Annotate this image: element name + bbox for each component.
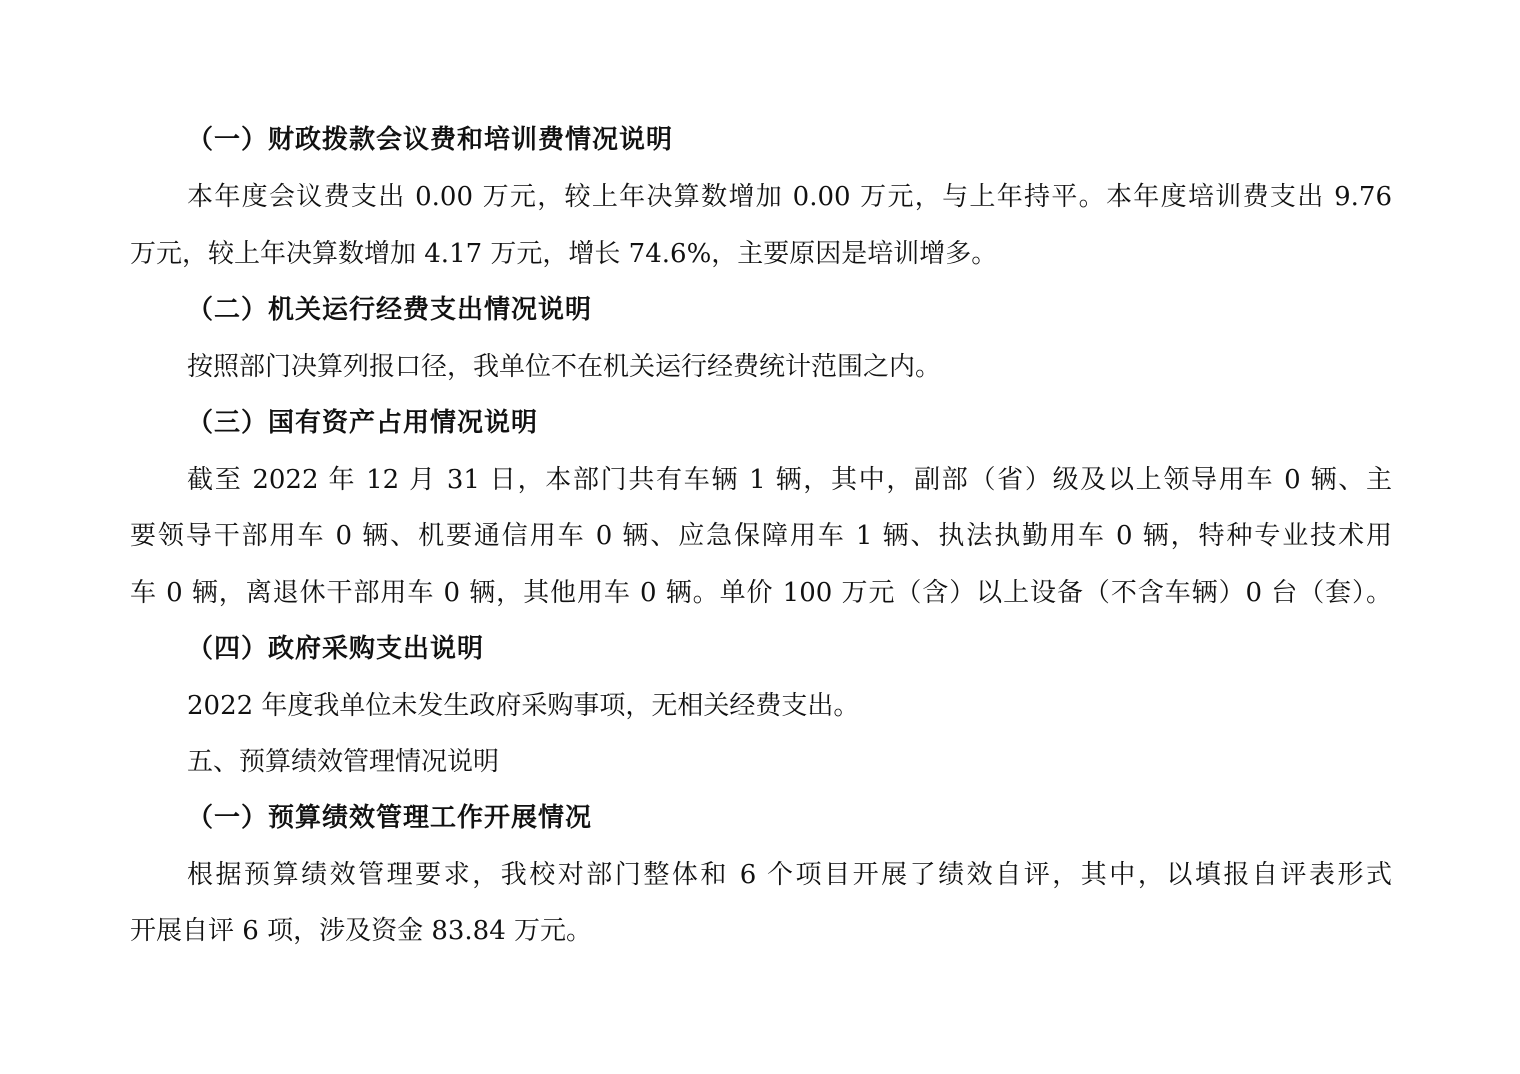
chapter-heading-performance-management: 五、预算绩效管理情况说明 xyxy=(187,742,499,782)
paragraph-line: 2022 年度我单位未发生政府采购事项，无相关经费支出。 xyxy=(187,686,1392,726)
document-page: （一）财政拨款会议费和培训费情况说明 本年度会议费支出 0.00 万元，较上年决… xyxy=(0,0,1520,1074)
paragraph-line: 车 0 辆，离退休干部用车 0 辆，其他用车 0 辆。单价 100 万元（含）以… xyxy=(130,573,1392,613)
paragraph-line: 开展自评 6 项，涉及资金 83.84 万元。 xyxy=(130,911,1392,951)
paragraph-line: 要领导干部用车 0 辆、机要通信用车 0 辆、应急保障用车 1 辆、执法执勤用车… xyxy=(130,516,1392,556)
section-heading-state-assets: （三）国有资产占用情况说明 xyxy=(187,403,538,443)
paragraph-line: 按照部门决算列报口径，我单位不在机关运行经费统计范围之内。 xyxy=(187,347,1392,387)
paragraph-line: 万元，较上年决算数增加 4.17 万元，增长 74.6%，主要原因是培训增多。 xyxy=(130,234,1392,274)
paragraph-line: 本年度会议费支出 0.00 万元，较上年决算数增加 0.00 万元，与上年持平。… xyxy=(187,177,1392,217)
paragraph-line: 根据预算绩效管理要求，我校对部门整体和 6 个项目开展了绩效自评，其中，以填报自… xyxy=(187,855,1392,895)
section-heading-meeting-training-fees: （一）财政拨款会议费和培训费情况说明 xyxy=(187,120,673,160)
paragraph-line: 截至 2022 年 12 月 31 日，本部门共有车辆 1 辆，其中，副部（省）… xyxy=(187,460,1392,500)
section-heading-performance-work: （一）预算绩效管理工作开展情况 xyxy=(187,798,592,838)
section-heading-operating-expenses: （二）机关运行经费支出情况说明 xyxy=(187,290,592,330)
section-heading-government-procurement: （四）政府采购支出说明 xyxy=(187,629,484,669)
